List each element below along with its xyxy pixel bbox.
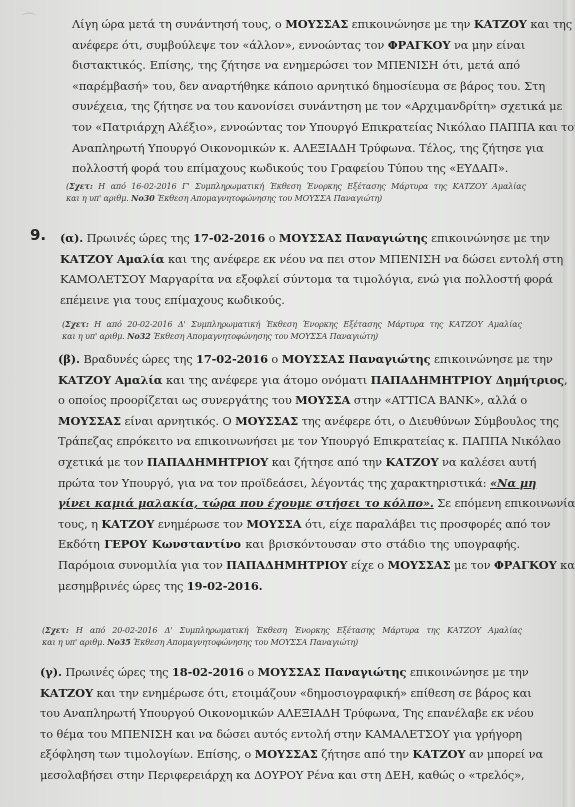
bold-text: ΜΟΥΣΣΑΣ xyxy=(388,558,451,572)
text-line: μεσολαβήσει στην Περιφερειάρχη κα ΔΟΥΡΟΥ… xyxy=(40,765,522,786)
paragraph-a: (α). Πρωινές ώρες της 17-02-2016 ο ΜΟΥΣΣ… xyxy=(60,228,520,310)
plain-text: επικοινώνησε με την xyxy=(348,17,474,31)
plain-text: στην «ATTICA BANK», αλλά ο xyxy=(350,393,527,407)
plain-text: «παρέμβασή» του, δεν αναρτήθηκε κάποιο α… xyxy=(72,79,545,93)
plain-text: ΚΑΜΟΛΕΤΣΟΥ Μαργαρίτα να εξοφλεί σύντομα … xyxy=(60,272,553,286)
plain-text: επικοινώνησε με την xyxy=(406,665,528,679)
plain-text: Παρόμοια συνομιλία για τον xyxy=(58,558,226,572)
text-line: Τράπεζας επρόκειτο να επικοινωνήσει με τ… xyxy=(58,431,520,452)
text-line: του Αναπληρωτή Υπουργού Οικονομικών ΑΛΕΞ… xyxy=(40,703,522,724)
bold-text: ΚΑΤΖΟΥ Αμαλία xyxy=(60,252,164,266)
plain-text: και την ενημέρωσε ότι, ετοιμάζουν «δημοσ… xyxy=(93,686,532,700)
plain-text: είχε ο xyxy=(347,558,387,572)
plain-text: επικοινώνησε με την xyxy=(428,231,550,245)
plain-text: και xyxy=(557,558,575,572)
plain-text: και η υπ' αριθμ. xyxy=(42,637,107,647)
plain-text: και της xyxy=(527,17,572,31)
bold-text: (α). xyxy=(60,231,83,245)
plain-text: το θέμα του ΜΠΕΝΙΣΗ και να δώσει αυτός ε… xyxy=(40,727,522,741)
bold-text: ΜΟΥΣΣΑΣ xyxy=(58,414,121,428)
bold-text: Σχετ: xyxy=(65,319,89,329)
text-line: ΚΑΜΟΛΕΤΣΟΥ Μαργαρίτα να εξοφλεί σύντομα … xyxy=(60,269,520,290)
bold-text: 17-02-2016 xyxy=(193,231,265,245)
text-line: πολλοστή φορά του επίμαχους κωδικούς του… xyxy=(72,158,520,179)
bold-text: 17-02-2016 xyxy=(196,352,268,366)
plain-text: της ανέφερε ότι, ο Διευθύνων Σύμβουλος τ… xyxy=(298,414,559,428)
scan-smudge: ⌒ xyxy=(22,10,36,30)
bold-text: Σχετ: xyxy=(45,625,69,635)
bold-text: No35 xyxy=(107,637,130,647)
bold-text: ΚΑΤΖΟΥ Αμαλία xyxy=(58,373,162,387)
text-line: (Σχετ: Η από 20-02-2016 Δ' Συμπληρωματικ… xyxy=(42,624,522,636)
plain-text: Έκθεση Απομαγνητοφώνησης του ΜΟΥΣΣΑ Πανα… xyxy=(151,331,379,341)
plain-text: και της ανέφερε για άτομο ονόματι xyxy=(162,373,370,387)
bold-text: ΜΟΥΣΣΑΣ Παναγιώτης xyxy=(258,665,407,679)
bold-text: ΚΑΤΖΟΥ xyxy=(412,747,465,761)
plain-text: πρώτα τον Υπουργό, για να τον προϊδεάσει… xyxy=(58,476,490,490)
text-line: ΚΑΤΖΟΥ Αμαλία και της ανέφερε εκ νέου να… xyxy=(60,249,520,270)
plain-text: αν μπορεί να xyxy=(465,747,543,761)
bold-text: ΚΑΤΖΟΥ xyxy=(474,17,527,31)
plain-text: και της ανέφερε εκ νέου να πει στον ΜΠΕΝ… xyxy=(164,252,563,266)
plain-text: ο οποίος προορίζεται ως συνεργάτης του xyxy=(58,393,295,407)
bold-text: Σχετ: xyxy=(69,181,93,191)
text-line: το θέμα του ΜΠΕΝΙΣΗ και να δώσει αυτός ε… xyxy=(40,724,522,745)
plain-text: και βρισκόντουσαν στο στάδιο της υπογραφ… xyxy=(241,537,520,551)
plain-text: ο xyxy=(244,665,258,679)
plain-text: να καλέσει αυτή xyxy=(438,455,536,469)
text-line: Εκδότη ΓΕΡΟΥ Κωνσταντίνο και βρισκόντουσ… xyxy=(58,534,520,555)
text-line: μεσημβρινές ώρες της 19-02-2016. xyxy=(58,576,520,597)
plain-text: πολλοστή φορά του επίμαχους κωδικούς του… xyxy=(72,161,508,175)
text-line: (β). Βραδυνές ώρες της 17-02-2016 ο ΜΟΥΣ… xyxy=(58,349,520,370)
text-line: επέμεινε για τους επίμαχους κωδικούς. xyxy=(60,290,520,311)
plain-text: Αναπληρωτή Υπουργό Οικονομικών κ. ΑΛΕΞΙΑ… xyxy=(72,141,544,155)
plain-text: τον «Πατριάρχη Αλέξιο», εννοώντας τον Υπ… xyxy=(72,120,575,134)
plain-text: ζήτησε από την xyxy=(318,747,413,761)
plain-text: Λίγη ώρα μετά τη συνάντησή τους, ο xyxy=(72,17,285,31)
plain-text: ενημέρωσε τον xyxy=(154,517,246,531)
plain-text: Βραδυνές ώρες της xyxy=(80,352,196,366)
plain-text: εξόφληση των τιμολογίων. Επίσης, ο xyxy=(40,747,255,761)
section-number: 9. xyxy=(30,226,46,244)
bold-text: ΜΟΥΣΣΑΣ xyxy=(255,747,318,761)
text-line: γίνει καμιά μαλακία, τώρα που έχουμε στή… xyxy=(58,493,520,514)
text-line: σχετικά με τον ΠΑΠΑΔΗΜΗΤΡΙΟΥ και ζήτησε … xyxy=(58,452,520,473)
bold-text: ΜΟΥΣΣΑΣ xyxy=(285,17,348,31)
plain-text: Πρωινές ώρες της xyxy=(83,231,193,245)
bold-text: ΓΕΡΟΥ Κωνσταντίνο xyxy=(104,537,241,551)
plain-text: τους, η xyxy=(58,517,101,531)
bold-text: ΜΟΥΣΣΑ xyxy=(295,393,350,407)
quoted-text: γίνει καμιά μαλακία, τώρα που έχουμε στή… xyxy=(58,496,434,510)
text-line: ΚΑΤΖΟΥ Αμαλία και της ανέφερε για άτομο … xyxy=(58,370,520,391)
bold-text: No32 xyxy=(127,331,150,341)
plain-text: ο xyxy=(265,231,279,245)
text-line: πρώτα τον Υπουργό, για να τον προϊδεάσει… xyxy=(58,473,520,494)
bold-text: ΚΑΤΖΟΥ xyxy=(40,686,93,700)
text-line: Παρόμοια συνομιλία για τον ΠΑΠΑΔΗΜΗΤΡΙΟΥ… xyxy=(58,555,520,576)
bold-text: No30 xyxy=(131,193,154,203)
plain-text: επικοινώνησε με την xyxy=(431,352,553,366)
bold-text: ΜΟΥΣΣΑΣ xyxy=(235,414,298,428)
bold-text: ΜΟΥΣΣΑ xyxy=(246,517,301,531)
reference-note-2: (Σχετ: Η από 20-02-2016 Δ' Συμπληρωματικ… xyxy=(62,318,522,342)
plain-text: και η υπ' αριθμ. xyxy=(62,331,127,341)
text-line: και η υπ' αριθμ. No35 Έκθεση Απομαγνητοφ… xyxy=(42,636,522,648)
text-line: (α). Πρωινές ώρες της 17-02-2016 ο ΜΟΥΣΣ… xyxy=(60,228,520,249)
text-line: τον «Πατριάρχη Αλέξιο», εννοώντας τον Υπ… xyxy=(72,117,520,138)
text-line: και η υπ' αριθμ. No30 Έκθεση Απομαγνητοφ… xyxy=(66,192,526,204)
text-line: «παρέμβασή» του, δεν αναρτήθηκε κάποιο α… xyxy=(72,76,520,97)
text-line: διστακτικός. Επίσης, της ζήτησε να ενημε… xyxy=(72,55,520,76)
plain-text: ο xyxy=(268,352,282,366)
plain-text: Έκθεση Απομαγνητοφώνησης του ΜΟΥΣΣΑ Πανα… xyxy=(155,193,383,203)
plain-text: μεσημβρινές ώρες της xyxy=(58,579,187,593)
plain-text: συνέχεια, της ζήτησε να του κανονίσει συ… xyxy=(72,99,562,113)
plain-text: Η από 20-02-2016 Δ' Συμπληρωματική Έκθεσ… xyxy=(69,625,522,635)
bold-text: 19-02-2016. xyxy=(187,579,263,593)
plain-text: Εκδότη xyxy=(58,537,104,551)
paragraph-c: (γ). Πρωινές ώρες της 18-02-2016 ο ΜΟΥΣΣ… xyxy=(40,662,522,786)
paragraph-intro: Λίγη ώρα μετά τη συνάντησή τους, ο ΜΟΥΣΣ… xyxy=(72,14,520,179)
plain-text: και ζήτησε από την xyxy=(268,455,385,469)
plain-text: σχετικά με τον xyxy=(58,455,147,469)
plain-text: Πρωινές ώρες της xyxy=(62,665,172,679)
plain-text: του Αναπληρωτή Υπουργού Οικονομικών ΑΛΕΞ… xyxy=(40,706,534,720)
text-line: Αναπληρωτή Υπουργό Οικονομικών κ. ΑΛΕΞΙΑ… xyxy=(72,138,520,159)
text-line: εξόφληση των τιμολογίων. Επίσης, ο ΜΟΥΣΣ… xyxy=(40,744,522,765)
text-line: ΚΑΤΖΟΥ και την ενημέρωσε ότι, ετοιμάζουν… xyxy=(40,683,522,704)
plain-text: με τον xyxy=(451,558,494,572)
plain-text: μεσολαβήσει στην Περιφερειάρχη κα ΔΟΥΡΟΥ… xyxy=(40,768,525,782)
text-line: τους, η ΚΑΤΖΟΥ ενημέρωσε τον ΜΟΥΣΣΑ ότι,… xyxy=(58,514,520,535)
paragraph-b: (β). Βραδυνές ώρες της 17-02-2016 ο ΜΟΥΣ… xyxy=(58,349,520,596)
reference-note-3: (Σχετ: Η από 20-02-2016 Δ' Συμπληρωματικ… xyxy=(42,624,522,648)
text-line: ο οποίος προορίζεται ως συνεργάτης του Μ… xyxy=(58,390,520,411)
bold-text: ΠΑΠΑΔΗΜΗΤΡΙΟΥ xyxy=(226,558,347,572)
plain-text: είναι αρνητικός. Ο xyxy=(121,414,235,428)
text-line: (Σχετ: Η από 20-02-2016 Δ' Συμπληρωματικ… xyxy=(62,318,522,330)
bold-text: ΜΟΥΣΣΑΣ Παναγιώτης xyxy=(282,352,431,366)
plain-text: Η από 20-02-2016 Δ' Συμπληρωματική Έκθεσ… xyxy=(89,319,522,329)
text-line: (Σχετ: Η από 16-02-2016 Γ' Συμπληρωματικ… xyxy=(66,180,526,192)
text-line: (γ). Πρωινές ώρες της 18-02-2016 ο ΜΟΥΣΣ… xyxy=(40,662,522,683)
plain-text: Σε επόμενη επικοινωνία xyxy=(434,496,575,510)
bold-text: 18-02-2016 xyxy=(172,665,244,679)
plain-text: Έκθεση Απομαγνητοφώνησης του ΜΟΥΣΣΑ Πανα… xyxy=(131,637,359,647)
bold-text: ΠΑΠΑΔΗΜΗΤΡΙΟΥ Δημήτριος xyxy=(371,373,564,387)
bold-text: ΚΑΤΖΟΥ xyxy=(101,517,154,531)
quoted-text: «Να μη xyxy=(490,476,536,490)
plain-text: ανέφερε ότι, συμβούλεψε τον «άλλον», ενν… xyxy=(72,38,388,52)
plain-text: Η από 16-02-2016 Γ' Συμπληρωματική Έκθεσ… xyxy=(93,181,526,191)
text-line: συνέχεια, της ζήτησε να του κανονίσει συ… xyxy=(72,96,520,117)
plain-text: να μην είναι xyxy=(450,38,525,52)
reference-note-1: (Σχετ: Η από 16-02-2016 Γ' Συμπληρωματικ… xyxy=(66,180,526,204)
bold-text: ΜΟΥΣΣΑΣ Παναγιώτης xyxy=(279,231,428,245)
plain-text: ότι, είχε παραλάβει τις προσφορές από το… xyxy=(301,517,550,531)
bold-text: ΦΡΑΓΚΟΥ xyxy=(388,38,451,52)
plain-text: διστακτικός. Επίσης, της ζήτησε να ενημε… xyxy=(72,58,520,72)
plain-text: , xyxy=(564,373,568,387)
plain-text: επέμεινε για τους επίμαχους κωδικούς. xyxy=(60,293,285,307)
text-line: και η υπ' αριθμ. No32 Έκθεση Απομαγνητοφ… xyxy=(62,330,522,342)
text-line: ΜΟΥΣΣΑΣ είναι αρνητικός. Ο ΜΟΥΣΣΑΣ της α… xyxy=(58,411,520,432)
text-line: Λίγη ώρα μετά τη συνάντησή τους, ο ΜΟΥΣΣ… xyxy=(72,14,520,35)
plain-text: και η υπ' αριθμ. xyxy=(66,193,131,203)
bold-text: ΦΡΑΓΚΟΥ xyxy=(494,558,557,572)
bold-text: ΠΑΠΑΔΗΜΗΤΡΙΟΥ xyxy=(147,455,268,469)
bold-text: ΚΑΤΖΟΥ xyxy=(386,455,439,469)
text-line: ανέφερε ότι, συμβούλεψε τον «άλλον», ενν… xyxy=(72,35,520,56)
bold-text: (β). xyxy=(58,352,80,366)
bold-text: (γ). xyxy=(40,665,62,679)
plain-text: Τράπεζας επρόκειτο να επικοινωνήσει με τ… xyxy=(58,434,561,448)
